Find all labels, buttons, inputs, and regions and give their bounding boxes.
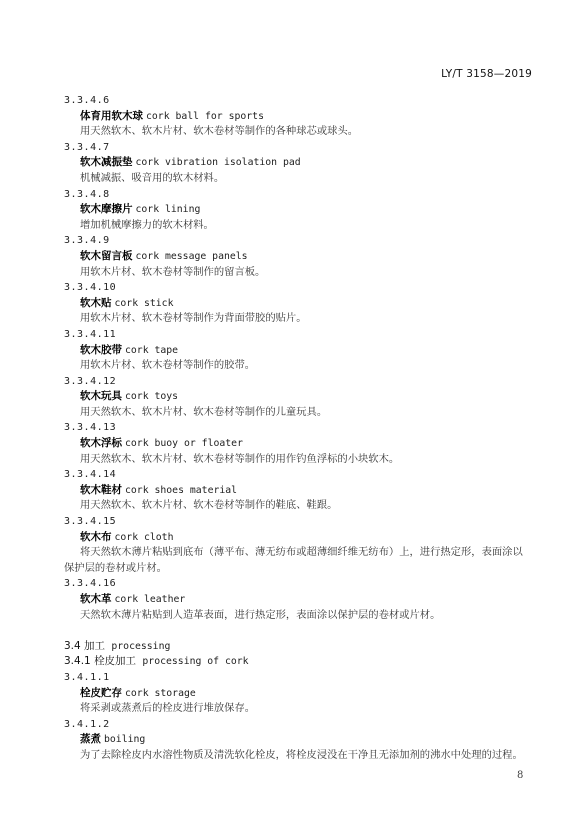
term-number: 3.3.4.14 [64,467,544,483]
term-title: 软木摩擦片cork lining [64,202,544,218]
term-definition: 天然软木薄片粘贴到人造革表面，进行热定形，表面涂以保护层的卷材或片材。 [64,608,544,624]
term-number: 3.3.4.8 [64,187,544,203]
section-title-zh: 加工 [84,640,105,652]
term-name-en: cork message panels [136,251,248,262]
term-definition: 保护层的卷材或片材。 [64,561,544,577]
term-name-zh: 软木革 [80,593,112,605]
term-title: 蒸煮boiling [64,732,544,748]
term-title: 软木玩具cork toys [64,389,544,405]
term-name-en: cork ball for sports [146,111,264,122]
term-name-en: cork lining [136,204,201,215]
term-list-3-3-4: 3.3.4.6体育用软木球cork ball for sports用天然软木、软… [64,93,544,623]
section-heading-3-4: 3.4 加工 processing [64,639,544,655]
term-name-en: cork tape [125,345,178,356]
section-number: 3.4.1 [64,655,91,667]
term-name-en: cork vibration isolation pad [136,157,301,168]
term-name-zh: 软木留言板 [80,250,133,262]
term-number: 3.3.4.16 [64,576,544,592]
term-title: 体育用软木球cork ball for sports [64,109,544,125]
term-number: 3.4.1.1 [64,670,544,686]
term-number: 3.3.4.7 [64,140,544,156]
term-definition: 用天然软木、软木片材、软木卷材等制作的用作钓鱼浮标的小块软木。 [64,452,544,468]
term-name-zh: 软木减振垫 [80,156,133,168]
term-title: 软木胶带cork tape [64,343,544,359]
term-definition: 为了去除栓皮内水溶性物质及清洗软化栓皮，将栓皮浸没在干净且无添加剂的沸水中处理的… [64,748,544,764]
term-name-en: cork stick [115,298,174,309]
term-name-en: cork shoes material [125,485,237,496]
document-body: 3.3.4.6体育用软木球cork ball for sports用天然软木、软… [64,93,544,764]
section-number: 3.4 [64,640,81,652]
term-number: 3.3.4.11 [64,327,544,343]
term-definition: 用软木片材、软木卷材等制作的胶带。 [64,358,544,374]
term-definition: 将天然软木薄片粘贴到底布（薄平布、薄无纺布或超薄细纤维无纺布）上，进行热定形，表… [64,545,544,561]
document-id-header: LY/T 3158—2019 [441,68,532,80]
term-title: 软木鞋材cork shoes material [64,483,544,499]
section-title-en: processing of cork [142,656,248,667]
term-number: 3.4.1.2 [64,717,544,733]
term-definition: 将采剥或蒸煮后的栓皮进行堆放保存。 [64,701,544,717]
term-definition: 用天然软木、软木片材、软木卷材等制作的鞋底、鞋跟。 [64,498,544,514]
term-number: 3.3.4.15 [64,514,544,530]
term-name-en: cork leather [115,594,186,605]
term-name-en: cork buoy or floater [125,438,243,449]
term-definition: 用天然软木、软木片材、软木卷材等制作的各种球芯或球头。 [64,124,544,140]
term-name-zh: 软木布 [80,531,112,543]
term-name-zh: 软木摩擦片 [80,203,133,215]
term-number: 3.3.4.6 [64,93,544,109]
term-name-en: cork cloth [115,532,174,543]
section-heading-3-4-1: 3.4.1 栓皮加工 processing of cork [64,654,544,670]
term-number: 3.3.4.12 [64,374,544,390]
term-title: 软木留言板cork message panels [64,249,544,265]
section-title-en: processing [111,641,170,652]
term-name-zh: 软木玩具 [80,390,122,402]
term-number: 3.3.4.9 [64,233,544,249]
term-definition: 用软木片材、软木卷材等制作的留言板。 [64,265,544,281]
term-title: 软木革cork leather [64,592,544,608]
term-list-3-4-1: 3.4.1.1栓皮贮存cork storage将采剥或蒸煮后的栓皮进行堆放保存。… [64,670,544,764]
term-definition: 用软木片材、软木卷材等制作为背面带胶的贴片。 [64,311,544,327]
term-name-zh: 软木浮标 [80,437,122,449]
term-definition: 增加机械摩擦力的软木材料。 [64,218,544,234]
term-number: 3.3.4.10 [64,280,544,296]
term-title: 软木浮标cork buoy or floater [64,436,544,452]
term-title: 软木贴cork stick [64,296,544,312]
term-name-zh: 软木胶带 [80,344,122,356]
term-title: 软木减振垫cork vibration isolation pad [64,155,544,171]
term-title: 软木布cork cloth [64,530,544,546]
section-title-zh: 栓皮加工 [94,655,136,667]
term-name-zh: 栓皮贮存 [80,687,122,699]
term-name-en: boiling [104,734,145,745]
term-name-zh: 体育用软木球 [80,110,143,122]
term-name-zh: 软木贴 [80,297,112,309]
term-name-en: cork storage [125,688,196,699]
term-definition: 机械减振、吸音用的软木材料。 [64,171,544,187]
term-definition: 用天然软木、软木片材、软木卷材等制作的儿童玩具。 [64,405,544,421]
term-name-zh: 蒸煮 [80,733,101,745]
term-name-en: cork toys [125,391,178,402]
term-number: 3.3.4.13 [64,420,544,436]
document-page: LY/T 3158—2019 3.3.4.6体育用软木球cork ball fo… [0,0,588,833]
page-number: 8 [517,770,523,781]
term-title: 栓皮贮存cork storage [64,686,544,702]
term-name-zh: 软木鞋材 [80,484,122,496]
section-spacer [64,623,544,639]
